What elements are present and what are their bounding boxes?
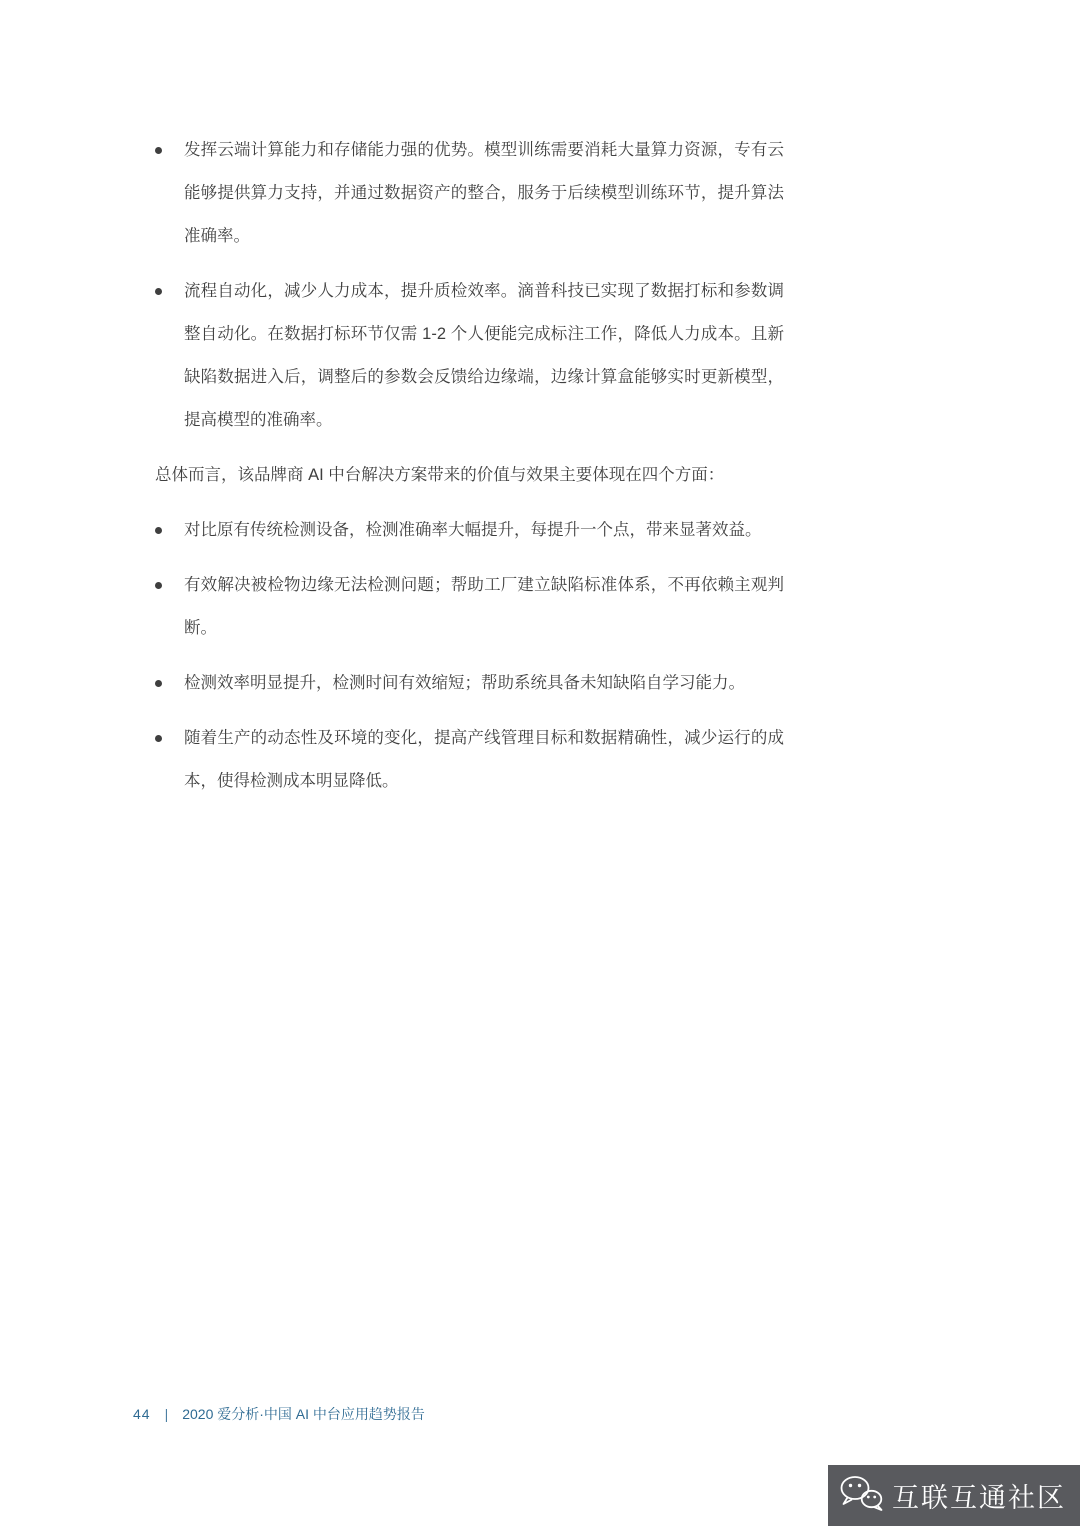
- bullet-line: 发挥云端计算能力和存储能力强的优势。模型训练需要消耗大量算力资源，专有云: [184, 129, 784, 172]
- page-number: 44: [133, 1406, 151, 1422]
- bullet-item: 检测效率明显提升，检测时间有效缩短；帮助系统具备未知缺陷自学习能力。: [155, 662, 795, 705]
- bullet-item: 随着生产的动态性及环境的变化，提高产线管理目标和数据精确性，减少运行的成 本，使…: [155, 717, 795, 803]
- bullet-dot-icon: [155, 527, 162, 534]
- bullet-dot-icon: [155, 582, 162, 589]
- bullet-line: 能够提供算力支持，并通过数据资产的整合，服务于后续模型训练环节，提升算法: [184, 172, 784, 215]
- bullet-line: 整自动化。在数据打标环节仅需 1-2 个人便能完成标注工作，降低人力成本。且新: [184, 313, 784, 356]
- bullet-marker: [155, 270, 184, 442]
- bullet-item: 有效解决被检物边缘无法检测问题；帮助工厂建立缺陷标准体系，不再依赖主观判 断。: [155, 564, 795, 650]
- bullet-line: 检测效率明显提升，检测时间有效缩短；帮助系统具备未知缺陷自学习能力。: [184, 662, 784, 705]
- page-body: 发挥云端计算能力和存储能力强的优势。模型训练需要消耗大量算力资源，专有云 能够提…: [155, 129, 795, 815]
- bullet-marker: [155, 564, 184, 650]
- bullet-line: 缺陷数据进入后，调整后的参数会反馈给边缘端，边缘计算盒能够实时更新模型，: [184, 356, 784, 399]
- bullet-marker: [155, 662, 184, 705]
- bullet-line: 流程自动化，减少人力成本，提升质检效率。滴普科技已实现了数据打标和参数调: [184, 270, 784, 313]
- summary-paragraph: 总体而言，该品牌商 AI 中台解决方案带来的价值与效果主要体现在四个方面：: [155, 454, 795, 497]
- footer-separator: |: [165, 1406, 169, 1422]
- bullet-line: 断。: [184, 607, 784, 650]
- bullet-marker: [155, 509, 184, 552]
- bullet-item: 发挥云端计算能力和存储能力强的优势。模型训练需要消耗大量算力资源，专有云 能够提…: [155, 129, 795, 258]
- bullet-dot-icon: [155, 147, 162, 154]
- page-footer: 44 | 2020 爱分析·中国 AI 中台应用趋势报告: [133, 1402, 425, 1426]
- wechat-icon: [838, 1474, 885, 1518]
- bullet-line: 提高模型的准确率。: [184, 399, 784, 442]
- bullet-line: 有效解决被检物边缘无法检测问题；帮助工厂建立缺陷标准体系，不再依赖主观判: [184, 564, 784, 607]
- bullet-line: 本，使得检测成本明显降低。: [184, 760, 784, 803]
- bullet-marker: [155, 129, 184, 258]
- bullet-dot-icon: [155, 735, 162, 742]
- bullet-item: 流程自动化，减少人力成本，提升质检效率。滴普科技已实现了数据打标和参数调 整自动…: [155, 270, 795, 442]
- bullet-item: 对比原有传统检测设备，检测准确率大幅提升，每提升一个点，带来显著效益。: [155, 509, 795, 552]
- report-title: 2020 爱分析·中国 AI 中台应用趋势报告: [182, 1404, 425, 1424]
- bullet-marker: [155, 717, 184, 803]
- bullet-dot-icon: [155, 288, 162, 295]
- watermark-badge: 互联互通社区: [828, 1465, 1080, 1526]
- bullet-line: 对比原有传统检测设备，检测准确率大幅提升，每提升一个点，带来显著效益。: [184, 509, 784, 552]
- watermark-label: 互联互通社区: [892, 1476, 1066, 1515]
- bullet-dot-icon: [155, 680, 162, 687]
- bullet-line: 随着生产的动态性及环境的变化，提高产线管理目标和数据精确性，减少运行的成: [184, 717, 784, 760]
- bullet-line: 准确率。: [184, 215, 784, 258]
